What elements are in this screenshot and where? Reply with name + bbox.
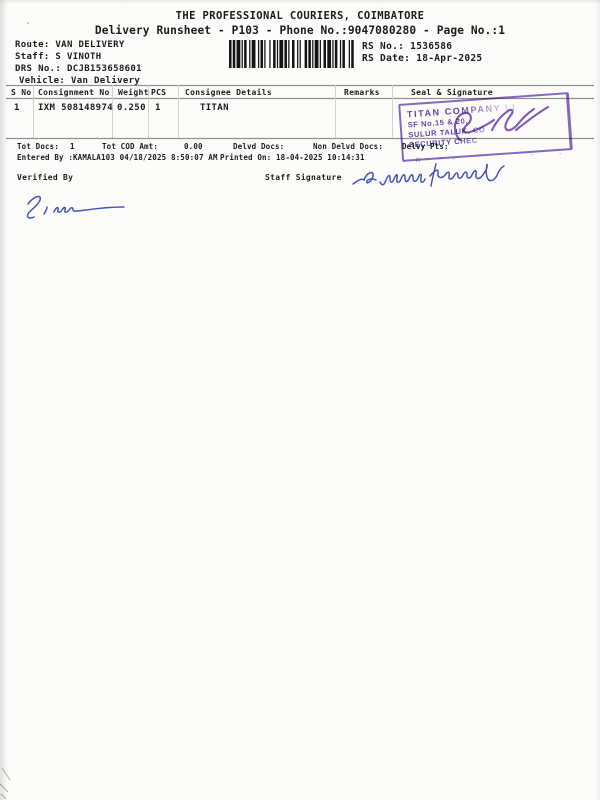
tot-docs-value: 1: [70, 142, 75, 151]
stamp-signature-scribble: [448, 100, 558, 150]
drs-value: DCJB153658601: [67, 64, 142, 74]
col-header-consignment: Consignment No: [38, 88, 110, 97]
row-weight: 0.250: [117, 103, 146, 113]
table-col-divider: [178, 85, 179, 138]
route-label: Route:: [15, 40, 50, 50]
delvd-docs-label: Delvd Docs:: [233, 142, 284, 151]
route-value: VAN DELIVERY: [55, 40, 124, 50]
row-sno: 1: [14, 103, 20, 113]
table-top-border: [6, 85, 594, 86]
rs-date-label: RS Date:: [362, 53, 410, 64]
col-header-pcs: PCS: [151, 88, 166, 97]
staff-value: S VINOTH: [55, 52, 101, 62]
staff-label: Staff:: [15, 52, 50, 62]
table-col-divider: [335, 85, 336, 138]
staff-handwritten-signature: [350, 158, 550, 198]
col-header-sno: S No: [11, 88, 31, 97]
rs-no-label: RS No.:: [362, 41, 404, 52]
rs-date-value: 18-Apr-2025: [416, 53, 482, 64]
drs-line: DRS No.: DCJB153658601: [15, 64, 142, 74]
rs-no-line: RS No.: 1536586: [362, 41, 452, 52]
tot-cod-label: Tot COD Amt:: [102, 142, 158, 151]
route-line: Route: VAN DELIVERY: [15, 40, 125, 50]
table-col-divider: [33, 85, 34, 138]
col-header-remarks: Remarks: [344, 88, 380, 97]
non-delvd-docs-label: Non Delvd Docs:: [313, 142, 383, 151]
runsheet-subtitle: Delivery Runsheet - P103 - Phone No.:904…: [0, 24, 600, 37]
runsheet-barcode: [229, 40, 355, 68]
entered-by-line: Entered By :KAMALA103 04/18/2025 8:50:07…: [17, 153, 218, 162]
tot-cod-value: 0.00: [184, 142, 203, 151]
delivery-runsheet-document: THE PROFESSIONAL COURIERS, COIMBATORE De…: [0, 0, 600, 800]
verified-by-handwritten-signature: [16, 192, 136, 226]
rs-no-value: 1536586: [410, 41, 452, 52]
company-title: THE PROFESSIONAL COURIERS, COIMBATORE: [0, 10, 600, 22]
verified-by-label: Verified By: [17, 173, 73, 182]
staff-line: Staff: S VINOTH: [15, 52, 102, 62]
tot-docs-label: Tot Docs:: [17, 142, 59, 151]
rs-date-line: RS Date: 18-Apr-2025: [362, 53, 482, 64]
printed-on-line: Printed On: 18-04-2025 10:14:31: [220, 153, 365, 162]
table-col-divider: [392, 85, 393, 138]
scan-edge-top: [0, 0, 600, 4]
col-header-weight: Weight: [118, 88, 149, 97]
staff-signature-label: Staff Signature: [265, 173, 342, 182]
col-header-consignee: Consignee Details: [185, 88, 272, 97]
row-consignment-no: IXM 508148974: [38, 103, 113, 113]
row-pcs: 1: [155, 103, 161, 113]
col-header-seal: Seal & Signature: [411, 88, 493, 97]
scan-edge-left: [0, 0, 8, 800]
scan-corner-scratch: [0, 766, 16, 800]
row-consignee: TITAN: [200, 103, 229, 113]
scan-edge-right: [595, 0, 600, 800]
drs-label: DRS No.:: [15, 64, 61, 74]
